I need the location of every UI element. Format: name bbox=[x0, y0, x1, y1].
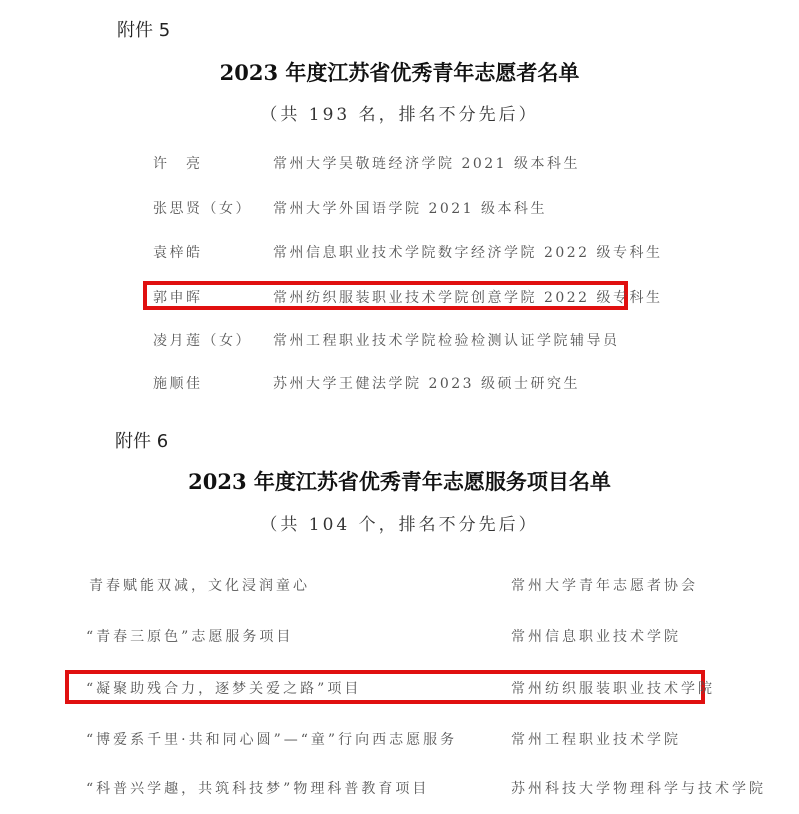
volunteer-affiliation: 常州纺织服装职业技术学院创意学院 2022 级专科生 bbox=[273, 287, 663, 307]
project-name: “凝聚助残合力，逐梦关爱之路”项目 bbox=[86, 678, 361, 698]
attachment-5-label: 附件 5 bbox=[117, 16, 170, 42]
volunteer-name: 袁梓皓 bbox=[153, 242, 203, 262]
project-organization: 常州纺织服装职业技术学院 bbox=[511, 678, 715, 698]
volunteer-name: 施顺佳 bbox=[153, 373, 203, 393]
volunteer-affiliation: 常州工程职业技术学院检验检测认证学院辅导员 bbox=[273, 330, 620, 350]
volunteer-name: 许 亮 bbox=[153, 153, 203, 173]
project-name: “青春三原色”志愿服务项目 bbox=[86, 626, 293, 646]
attachment-6-title: 2023 年度江苏省优秀青年志愿服务项目名单 bbox=[0, 466, 799, 496]
project-name: “科普兴学趣，共筑科技梦”物理科普教育项目 bbox=[86, 778, 429, 798]
volunteer-name: 张思贤（女） bbox=[153, 198, 252, 218]
volunteer-affiliation: 常州信息职业技术学院数字经济学院 2022 级专科生 bbox=[273, 242, 663, 262]
attachment-6-subtitle: （共 104 个，排名不分先后） bbox=[0, 510, 799, 535]
volunteer-affiliation: 苏州大学王健法学院 2023 级硕士研究生 bbox=[273, 373, 580, 393]
volunteer-name: 郭申晖 bbox=[153, 287, 203, 307]
attachment-5-title: 2023 年度江苏省优秀青年志愿者名单 bbox=[0, 57, 799, 87]
volunteer-affiliation: 常州大学外国语学院 2021 级本科生 bbox=[273, 198, 547, 218]
project-name: 青春赋能双减，文化浸润童心 bbox=[89, 575, 310, 595]
volunteer-affiliation: 常州大学吴敬琏经济学院 2021 级本科生 bbox=[273, 153, 580, 173]
project-name: “博爱系千里·共和同心圆”—“童”行向西志愿服务 bbox=[86, 729, 457, 749]
project-organization: 常州大学青年志愿者协会 bbox=[511, 575, 698, 595]
project-organization: 常州工程职业技术学院 bbox=[511, 729, 681, 749]
attachment-6-label: 附件 6 bbox=[115, 427, 168, 453]
project-organization: 苏州科技大学物理科学与技术学院 bbox=[511, 778, 766, 798]
project-organization: 常州信息职业技术学院 bbox=[511, 626, 681, 646]
volunteer-name: 凌月莲（女） bbox=[153, 330, 252, 350]
attachment-5-subtitle: （共 193 名，排名不分先后） bbox=[0, 100, 799, 125]
